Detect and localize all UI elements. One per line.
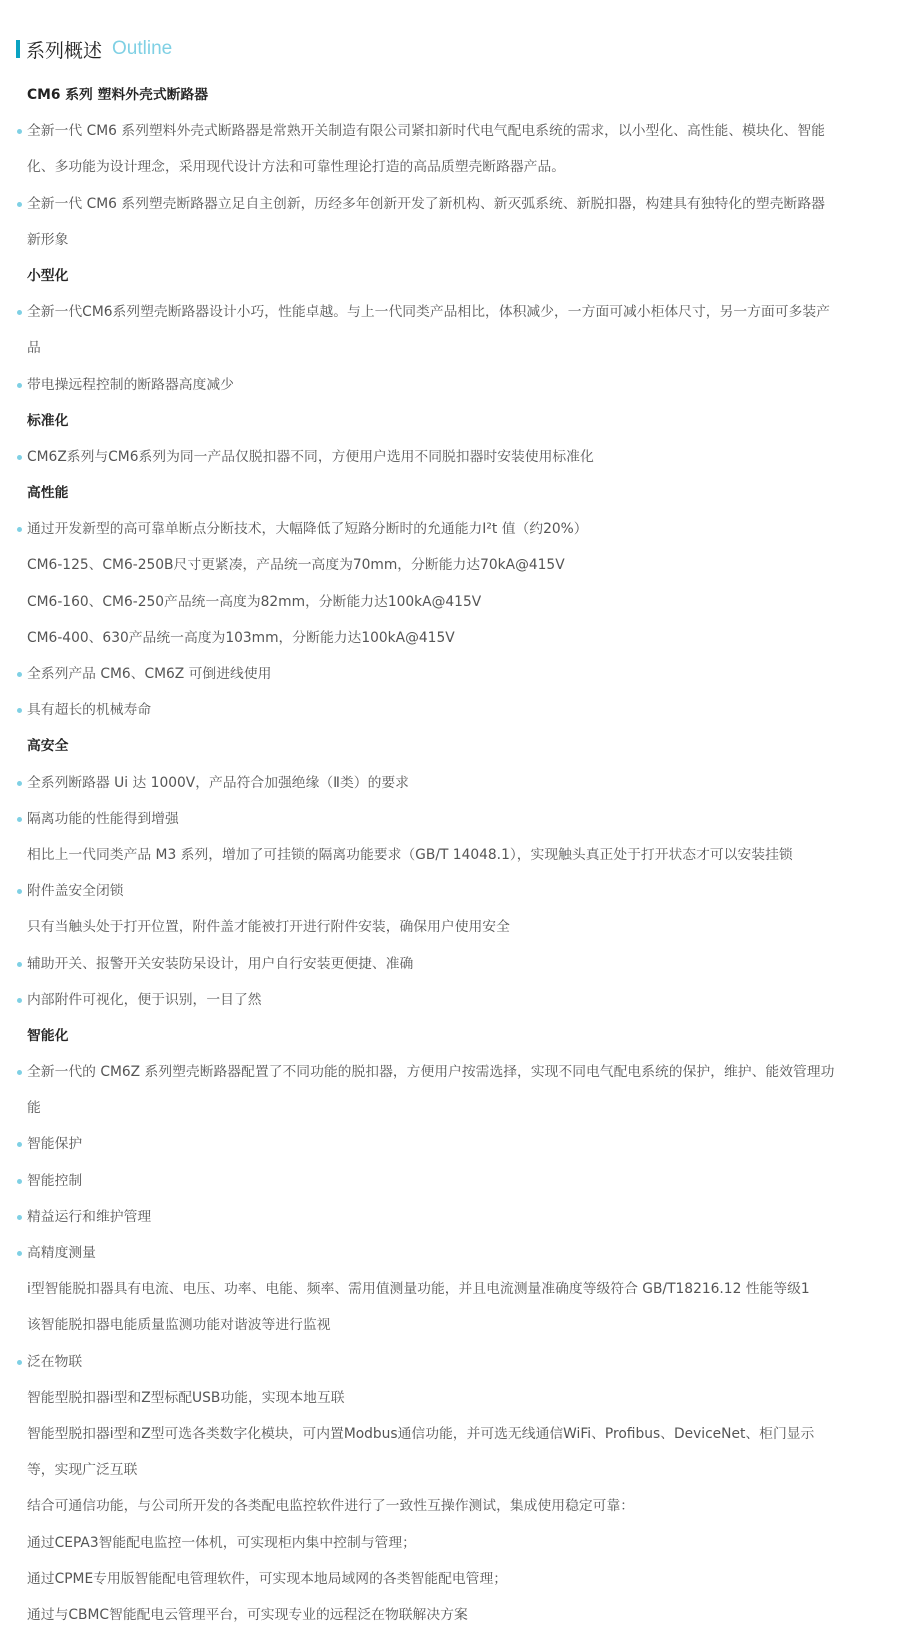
text-line: 新形象 [27,222,857,258]
bullet-item: 智能保护 [27,1126,857,1162]
text-line: 化、多功能为设计理念，采用现代设计方法和可靠性理论打造的高品质塑壳断路器产品。 [27,149,857,185]
text-line: 通过CPME专用版智能配电管理软件，可实现本地局域网的各类智能配电管理； [27,1561,857,1597]
text-line: 品 [27,330,857,366]
text-line: i型智能脱扣器具有电流、电压、功率、电能、频率、需用值测量功能，并且电流测量准确… [27,1271,857,1307]
text-line: 结合可通信功能，与公司所开发的各类配电监控软件进行了一致性互操作测试，集成使用稳… [27,1488,857,1524]
bullet-item: 全新一代CM6系列塑壳断路器设计小巧，性能卓越。与上一代同类产品相比，体积减少，… [27,294,857,330]
bullet-item: 全新一代 CM6 系列塑壳断路器立足自主创新，历经多年创新开发了新机构、新灭弧系… [27,186,857,222]
text-line: 智能型脱扣器i型和Z型标配USB功能，实现本地互联 [27,1380,857,1416]
text-line: CM6-125、CM6-250B尺寸更紧凑，产品统一高度为70mm，分断能力达7… [27,547,857,583]
bullet-item: 辅助开关、报警开关安装防呆设计，用户自行安装更便捷、准确 [27,946,857,982]
section-heading: 智能化 [27,1018,857,1054]
bullet-item: 全新一代的 CM6Z 系列塑壳断路器配置了不同功能的脱扣器，方便用户按需选择，实… [27,1054,857,1090]
outline-content: CM6 系列 塑料外壳式断路器全新一代 CM6 系列塑料外壳式断路器是常熟开关制… [27,77,857,1633]
bullet-item: 通过开发新型的高可靠单断点分断技术，大幅降低了短路分断时的允通能力I²t 值（约… [27,511,857,547]
bullet-item: 具有超长的机械寿命 [27,692,857,728]
title-english: Outline [112,38,172,60]
text-line: 只有当触头处于打开位置，附件盖才能被打开进行附件安装，确保用户使用安全 [27,909,857,945]
text-line: CM6-160、CM6-250产品统一高度为82mm，分断能力达100kA@41… [27,584,857,620]
section-heading: 标准化 [27,403,857,439]
section-heading: 小型化 [27,258,857,294]
text-line: 通过CEPA3智能配电监控一体机，可实现柜内集中控制与管理； [27,1525,857,1561]
text-line: 等，实现广泛互联 [27,1452,857,1488]
text-line: 智能型脱扣器i型和Z型可选各类数字化模块，可内置Modbus通信功能，并可选无线… [27,1416,857,1452]
bullet-item: 智能控制 [27,1163,857,1199]
bullet-item: 全系列断路器 Ui 达 1000V，产品符合加强绝缘（Ⅱ类）的要求 [27,765,857,801]
section-heading: 高性能 [27,475,857,511]
section-title: 系列概述 Outline [16,37,172,61]
text-line: 相比上一代同类产品 M3 系列，增加了可挂锁的隔离功能要求（GB/T 14048… [27,837,857,873]
bullet-item: 精益运行和维护管理 [27,1199,857,1235]
title-chinese: 系列概述 [26,36,102,63]
text-line: 该智能脱扣器电能质量监测功能对谐波等进行监视 [27,1307,857,1343]
title-accent-bar [16,40,20,58]
bullet-item: 高精度测量 [27,1235,857,1271]
bullet-item: 附件盖安全闭锁 [27,873,857,909]
bullet-item: 隔离功能的性能得到增强 [27,801,857,837]
bullet-item: 泛在物联 [27,1344,857,1380]
text-line: 通过与CBMC智能配电云管理平台，可实现专业的远程泛在物联解决方案 [27,1597,857,1633]
text-line: 能 [27,1090,857,1126]
bullet-item: 全新一代 CM6 系列塑料外壳式断路器是常熟开关制造有限公司紧扣新时代电气配电系… [27,113,857,149]
bullet-item: 全系列产品 CM6、CM6Z 可倒进线使用 [27,656,857,692]
section-heading: 高安全 [27,728,857,764]
text-line: CM6-400、630产品统一高度为103mm，分断能力达100kA@415V [27,620,857,656]
bullet-item: 内部附件可视化，便于识别，一目了然 [27,982,857,1018]
bullet-item: 带电操远程控制的断路器高度减少 [27,367,857,403]
bullet-item: CM6Z系列与CM6系列为同一产品仅脱扣器不同，方便用户选用不同脱扣器时安装使用… [27,439,857,475]
section-heading: CM6 系列 塑料外壳式断路器 [27,77,857,113]
